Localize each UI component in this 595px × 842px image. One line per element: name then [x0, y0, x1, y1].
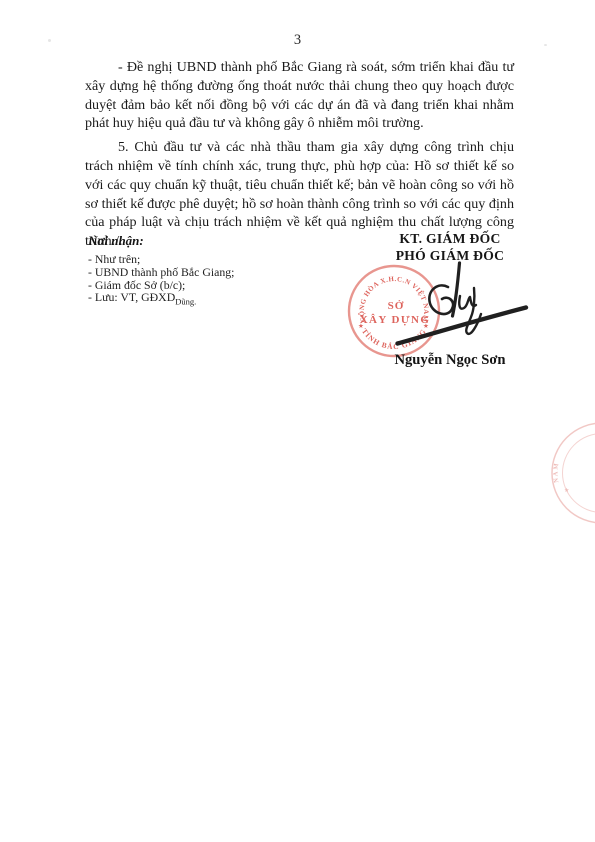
- scan-speck: [544, 44, 547, 46]
- official-stamp-icon: CỘNG HÒA X.H.C.N VIỆT NAM TỈNH BẮC GIANG…: [349, 266, 439, 356]
- edge-stamp-star-icon: ★: [564, 487, 569, 494]
- document-page: 3 - Đề nghị UBND thành phố Bắc Giang rà …: [0, 0, 595, 842]
- edge-page-stamp-icon: NAM ★: [552, 423, 595, 523]
- scan-speck: [48, 39, 51, 42]
- signer-name: Nguyễn Ngọc Sơn: [368, 352, 532, 369]
- edge-stamp-text: NAM: [552, 461, 560, 483]
- stamp-center-line1: SỞ: [388, 300, 405, 312]
- handwritten-signature: [398, 263, 527, 344]
- stamp-and-signature-overlay: CỘNG HÒA X.H.C.N VIỆT NAM TỈNH BẮC GIANG…: [0, 0, 595, 842]
- stamp-center-line2: XÂY DỰNG: [360, 314, 431, 326]
